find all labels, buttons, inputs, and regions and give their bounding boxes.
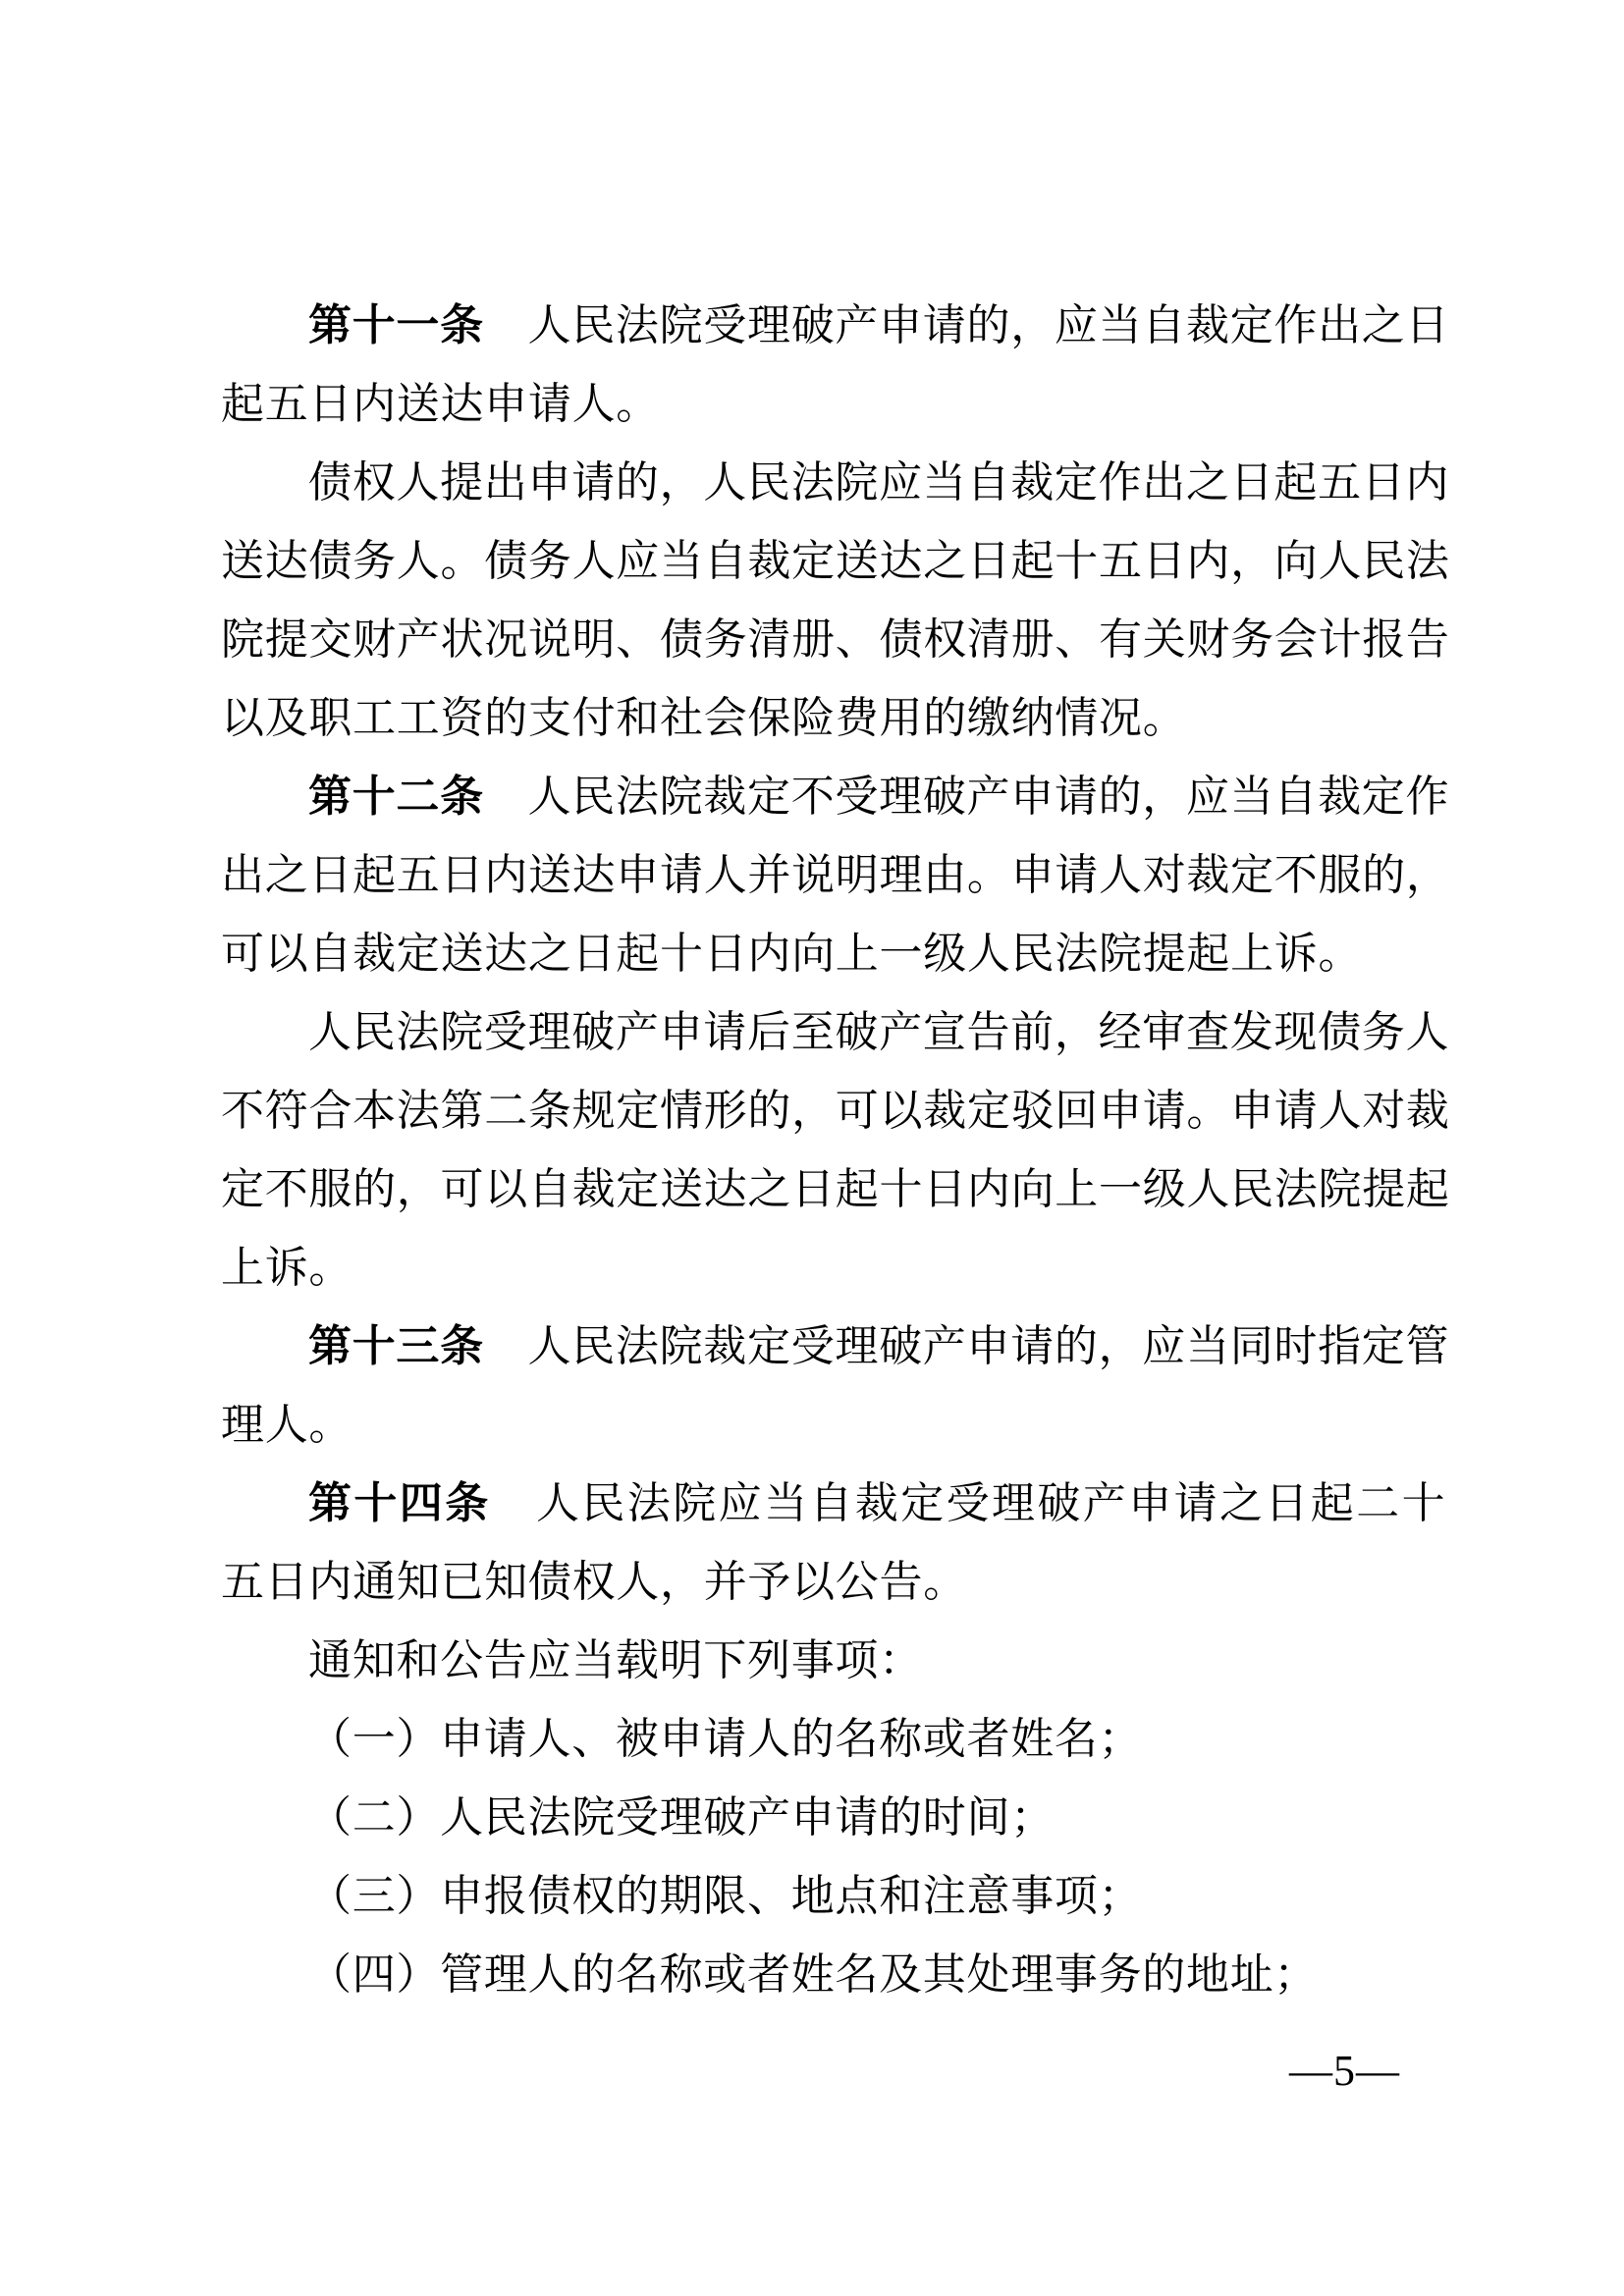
text-line: 以及职工工资的支付和社会保险费用的缴纳情况。 [221, 679, 1458, 758]
text-line: 上诉。 [221, 1229, 1458, 1308]
line-text: 人民法院受理破产申请的，应当自裁定作出之日 [484, 301, 1449, 349]
line-text: 人民法院裁定不受理破产申请的，应当自裁定作 [484, 773, 1449, 821]
line-text: 定不服的，可以自裁定送达之日起十日内向上一级人民法院提起 [221, 1165, 1450, 1213]
line-text: 理人。 [221, 1401, 352, 1449]
line-text: （四）管理人的名称或者姓名及其处理事务的地址； [308, 1950, 1318, 1999]
line-text: （一）申请人、被申请人的名称或者姓名； [308, 1715, 1142, 1763]
article-number: 第十三条 [308, 1322, 484, 1370]
text-block: 第十一条 人民法院受理破产申请的，应当自裁定作出之日 起五日内送达申请人。 债权… [221, 287, 1458, 2014]
line-text: 以及职工工资的支付和社会保险费用的缴纳情况。 [221, 694, 1186, 742]
text-line: 第十二条 人民法院裁定不受理破产申请的，应当自裁定作 [221, 758, 1458, 836]
line-text: 人民法院裁定受理破产申请的，应当同时指定管 [484, 1322, 1449, 1370]
text-line: （三）申报债权的期限、地点和注意事项； [221, 1857, 1458, 1936]
line-text: （二）人民法院受理破产申请的时间； [308, 1793, 1055, 1842]
page-number: —5— [1289, 2042, 1400, 2101]
text-line: 送达债务人。债务人应当自裁定送达之日起十五日内，向人民法 [221, 522, 1458, 601]
text-line: 债权人提出申请的，人民法院应当自裁定作出之日起五日内 [221, 444, 1458, 522]
text-line: 理人。 [221, 1386, 1458, 1465]
text-line: 定不服的，可以自裁定送达之日起十日内向上一级人民法院提起 [221, 1150, 1458, 1229]
text-line: 出之日起五日内送达申请人并说明理由。申请人对裁定不服的， [221, 836, 1458, 915]
line-text: 五日内通知已知债权人，并予以公告。 [221, 1558, 967, 1606]
text-line: 通知和公告应当载明下列事项： [221, 1622, 1458, 1700]
text-line: 第十四条 人民法院应当自裁定受理破产申请之日起二十 [221, 1465, 1458, 1543]
line-text: 通知和公告应当载明下列事项： [308, 1636, 923, 1684]
line-text: 出之日起五日内送达申请人并说明理由。申请人对裁定不服的， [221, 851, 1450, 899]
text-line: （四）管理人的名称或者姓名及其处理事务的地址； [221, 1936, 1458, 2014]
line-text: （三）申报债权的期限、地点和注意事项； [308, 1872, 1142, 1920]
article-number: 第十一条 [308, 301, 484, 349]
line-text: 送达债务人。债务人应当自裁定送达之日起十五日内，向人民法 [221, 537, 1450, 585]
text-line: 人民法院受理破产申请后至破产宣告前，经审查发现债务人 [221, 993, 1458, 1072]
line-text: 院提交财产状况说明、债务清册、债权清册、有关财务会计报告 [221, 615, 1450, 664]
text-line: （一）申请人、被申请人的名称或者姓名； [221, 1700, 1458, 1779]
article-number: 第十二条 [308, 773, 484, 821]
text-line: 五日内通知已知债权人，并予以公告。 [221, 1543, 1458, 1622]
line-text: 起五日内送达申请人。 [221, 380, 660, 428]
text-line: （二）人民法院受理破产申请的时间； [221, 1779, 1458, 1857]
line-text: 债权人提出申请的，人民法院应当自裁定作出之日起五日内 [308, 458, 1449, 507]
article-number: 第十四条 [308, 1479, 491, 1527]
line-text: 人民法院应当自裁定受理破产申请之日起二十 [491, 1479, 1447, 1527]
line-text: 上诉。 [221, 1244, 352, 1292]
text-line: 院提交财产状况说明、债务清册、债权清册、有关财务会计报告 [221, 601, 1458, 679]
line-text: 不符合本法第二条规定情形的，可以裁定驳回申请。申请人对裁 [221, 1087, 1450, 1135]
text-line: 起五日内送达申请人。 [221, 365, 1458, 444]
document-page: 第十一条 人民法院受理破产申请的，应当自裁定作出之日 起五日内送达申请人。 债权… [0, 0, 1624, 2296]
text-line: 可以自裁定送达之日起十日内向上一级人民法院提起上诉。 [221, 915, 1458, 993]
text-line: 不符合本法第二条规定情形的，可以裁定驳回申请。申请人对裁 [221, 1072, 1458, 1150]
text-line: 第十一条 人民法院受理破产申请的，应当自裁定作出之日 [221, 287, 1458, 365]
line-text: 人民法院受理破产申请后至破产宣告前，经审查发现债务人 [308, 1008, 1449, 1056]
text-line: 第十三条 人民法院裁定受理破产申请的，应当同时指定管 [221, 1308, 1458, 1386]
line-text: 可以自裁定送达之日起十日内向上一级人民法院提起上诉。 [221, 930, 1362, 978]
